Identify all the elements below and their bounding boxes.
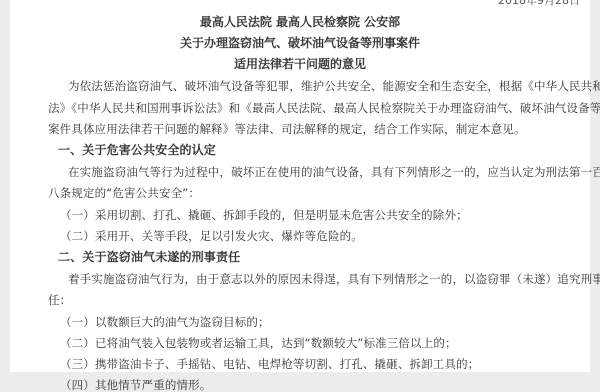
list-item: （三）携带盗油卡子、手摇钻、电钻、电焊枪等切割、打孔、撬砸、拆卸工具的； <box>60 357 479 371</box>
section-intro-line: 任： <box>48 293 71 307</box>
list-item: （二）采用开、关等手段，足以引发火灾、爆炸等危险的。 <box>60 229 363 243</box>
preamble-line: 为依法惩治盗窃油气、破坏油气设备等犯罪，维护公共安全、能源安全和生态安全，根据《… <box>68 79 600 93</box>
section-heading: 二、关于盗窃油气未遂的刑事责任 <box>58 250 240 264</box>
section-heading: 一、关于危害公共安全的认定 <box>58 143 216 157</box>
document-subtitle: 适用法律若干问题的意见 <box>10 57 590 71</box>
document-title: 关于办理盗窃油气、破坏油气设备等刑事案件 <box>10 36 590 50</box>
preamble-line: 法》《中华人民共和国刑事诉讼法》和《最高人民法院、最高人民检察院关于办理盗窃油气… <box>48 101 600 115</box>
list-item: （一）采用切割、打孔、撬砸、拆卸手段的，但是明显未危害公共安全的除外； <box>60 208 468 222</box>
preamble-line: 案件具体应用法律若干问题的解释》等法律、司法解释的规定，结合工作实际，制定本意见… <box>48 122 526 136</box>
issuing-authorities: 最高人民法院 最高人民检察院 公安部 <box>10 15 590 29</box>
section-intro-line: 八条规定的“危害公共安全”： <box>48 186 200 200</box>
section-intro-line: 着手实施盗窃油气行为，由于意志以外的原因未得逞，具有下列情形之一的，以盗窃罪（未… <box>68 272 600 286</box>
list-item: （二）已将油气装入包装物或者运输工具，达到“数额较大”标准三倍以上的； <box>60 336 457 350</box>
list-item: （一）以数额巨大的油气为盗窃目标的； <box>60 315 270 329</box>
document-page: 2018年9月28日 最高人民法院 最高人民检察院 公安部 关于办理盗窃油气、破… <box>10 0 590 372</box>
document-date: 2018年9月28日 <box>498 0 580 8</box>
section-intro-line: 在实施盗窃油气等行为过程中，破坏正在使用的油气设备，具有下列情形之一的，应当认定… <box>68 165 600 179</box>
